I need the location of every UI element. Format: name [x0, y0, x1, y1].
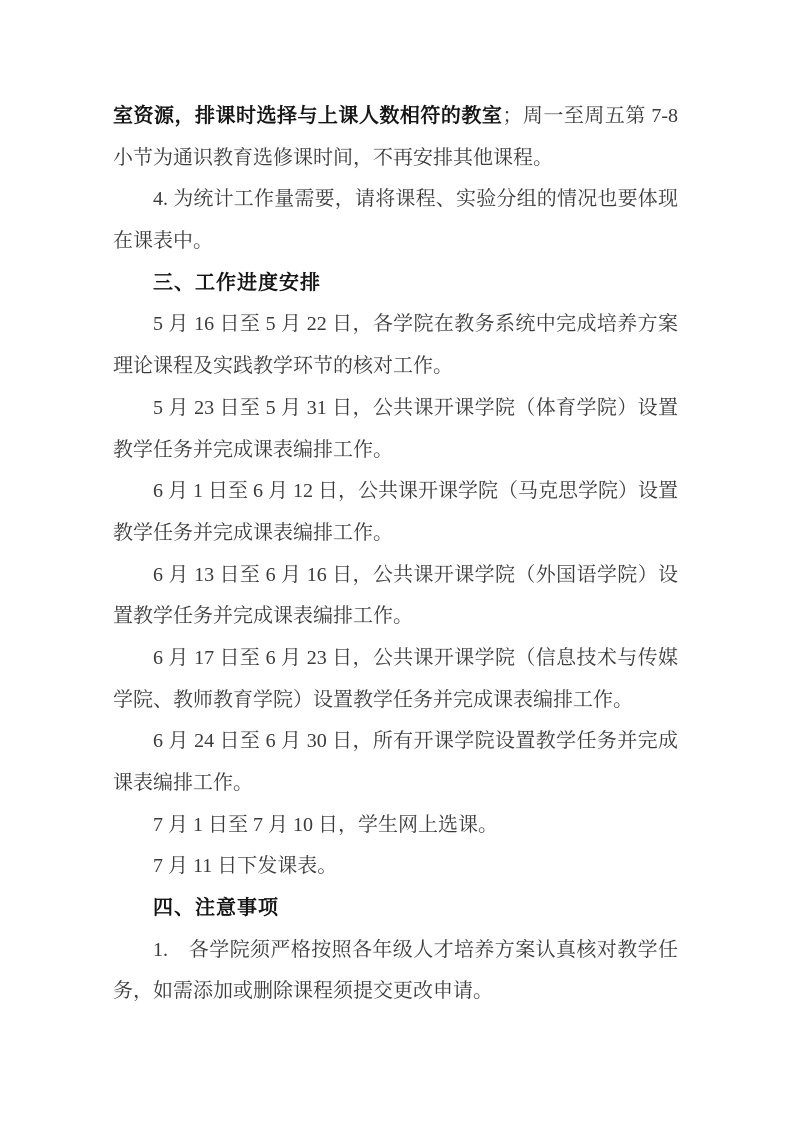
body-line-jun1-start: 6 月 1 日至 6 月 12 日，公共课开课学院（马克思学院）设置 [113, 471, 678, 513]
text-segment: 课表编排工作。 [113, 772, 253, 794]
body-line-classroom-rule: 室资源，排课时选择与上课人数相符的教室；周一至周五第 7-8 [113, 96, 678, 138]
text-segment: 5 月 16 日至 5 月 22 日，各学院在教务系统中完成培养方案 [153, 313, 678, 335]
body-line-may23-end: 教学任务并完成课表编排工作。 [113, 430, 678, 472]
text-segment: 4. 为统计工作量需要，请将课程、实验分组的情况也要体现 [153, 188, 678, 210]
text-segment: 在课表中。 [113, 230, 213, 252]
body-line-jun1-end: 教学任务并完成课表编排工作。 [113, 513, 678, 555]
text-segment: 6 月 17 日至 6 月 23 日，公共课开课学院（信息技术与传媒 [153, 647, 678, 669]
body-line-may16-start: 5 月 16 日至 5 月 22 日，各学院在教务系统中完成培养方案 [113, 304, 678, 346]
document-page: 室资源，排课时选择与上课人数相符的教室；周一至周五第 7-8小节为通识教育选修课… [0, 0, 794, 1123]
body-line-jun17-end: 学院、教师教育学院）设置教学任务并完成课表编排工作。 [113, 680, 678, 722]
body-line-jun13-end: 置教学任务并完成课表编排工作。 [113, 596, 678, 638]
text-segment: 7 月 1 日至 7 月 10 日，学生网上选课。 [153, 814, 498, 836]
body-line-note1-end: 务，如需添加或删除课程须提交更改申请。 [113, 971, 678, 1013]
text-segment: 理论课程及实践教学环节的核对工作。 [113, 355, 453, 377]
body-line-note1-start: 1. 各学院须严格按照各年级人才培养方案认真核对教学任 [113, 930, 678, 972]
text-segment: 6 月 13 日至 6 月 16 日，公共课开课学院（外国语学院）设 [153, 564, 678, 586]
body-line-jun17-start: 6 月 17 日至 6 月 23 日，公共课开课学院（信息技术与传媒 [113, 638, 678, 680]
body-line-jul11: 7 月 11 日下发课表。 [113, 846, 678, 888]
body-line-may16-end: 理论课程及实践教学环节的核对工作。 [113, 346, 678, 388]
body-line-jun13-start: 6 月 13 日至 6 月 16 日，公共课开课学院（外国语学院）设 [113, 555, 678, 597]
text-segment: 6 月 24 日至 6 月 30 日，所有开课学院设置教学任务并完成 [153, 730, 678, 752]
text-segment: 置教学任务并完成课表编排工作。 [113, 605, 413, 627]
body-line-elective-time: 小节为通识教育选修课时间，不再安排其他课程。 [113, 138, 678, 180]
text-segment: 1. 各学院须严格按照各年级人才培养方案认真核对教学任 [153, 939, 678, 961]
bold-text-segment: 四、注意事项 [153, 897, 279, 919]
text-segment: 小节为通识教育选修课时间，不再安排其他课程。 [113, 147, 553, 169]
body-line-may23-start: 5 月 23 日至 5 月 31 日，公共课开课学院（体育学院）设置 [113, 388, 678, 430]
text-segment: 教学任务并完成课表编排工作。 [113, 522, 393, 544]
heading-work-schedule: 三、工作进度安排 [113, 263, 678, 305]
bold-text-segment: 三、工作进度安排 [153, 272, 321, 294]
document-content: 室资源，排课时选择与上课人数相符的教室；周一至周五第 7-8小节为通识教育选修课… [113, 96, 678, 1013]
text-segment: 学院、教师教育学院）设置教学任务并完成课表编排工作。 [113, 689, 633, 711]
text-segment: ；周一至周五第 7-8 [502, 105, 678, 127]
text-segment: 6 月 1 日至 6 月 12 日，公共课开课学院（马克思学院）设置 [153, 480, 678, 502]
heading-notes: 四、注意事项 [113, 888, 678, 930]
body-line-jun24-end: 课表编排工作。 [113, 763, 678, 805]
text-segment: 务，如需添加或删除课程须提交更改申请。 [113, 980, 493, 1002]
text-segment: 教学任务并完成课表编排工作。 [113, 439, 393, 461]
body-line-jul1: 7 月 1 日至 7 月 10 日，学生网上选课。 [113, 805, 678, 847]
text-segment: 5 月 23 日至 5 月 31 日，公共课开课学院（体育学院）设置 [153, 397, 678, 419]
body-line-jun24-start: 6 月 24 日至 6 月 30 日，所有开课学院设置教学任务并完成 [113, 721, 678, 763]
body-line-item4-end: 在课表中。 [113, 221, 678, 263]
bold-text-segment: 室资源，排课时选择与上课人数相符的教室 [113, 105, 502, 127]
body-line-item4-start: 4. 为统计工作量需要，请将课程、实验分组的情况也要体现 [113, 179, 678, 221]
text-segment: 7 月 11 日下发课表。 [153, 855, 337, 877]
